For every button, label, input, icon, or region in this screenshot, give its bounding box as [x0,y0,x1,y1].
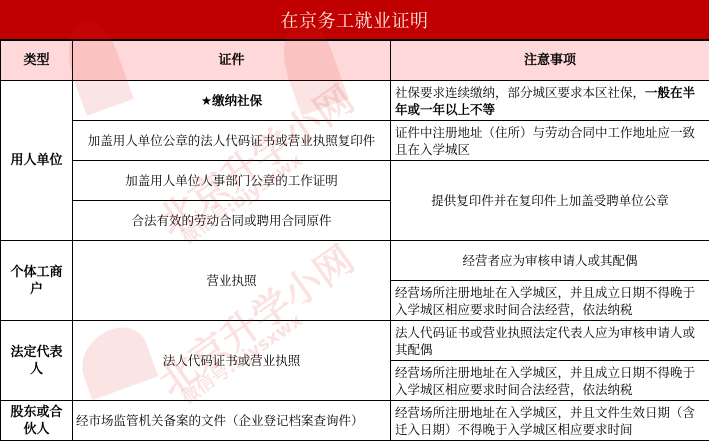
note-cell: 证件中注册地址（住所）与劳动合同中工作地址应一致且在入学城区 [391,121,709,161]
header-notes: 注意事项 [391,41,709,81]
page-title: 在京务工就业证明 [281,7,429,33]
title-bar: 在京务工就业证明 [0,0,709,40]
document-cell: 合法有效的劳动合同或聘用合同原件 [73,201,391,241]
document-cell: 经市场监管机关备案的文件（企业登记档案查询件） [73,401,391,441]
note-cell: 经营者应为审核申请人或其配偶 [391,241,709,281]
table-row: 个体工商户 营业执照 经营者应为审核申请人或其配偶 [1,241,709,281]
table-row: 用人单位 ★缴纳社保 社保要求连续缴纳，部分城区要求本区社保，一般在半年或一年以… [1,81,709,121]
table-row: 加盖用人单位人事部门公章的工作证明 提供复印件并在复印件上加盖受聘单位公章 [1,161,709,201]
type-legal-representative: 法定代表人 [1,321,73,401]
header-document: 证件 [73,41,391,81]
document-social-insurance: ★缴纳社保 [201,93,262,108]
note-cell: 经营场所注册地址在入学城区，并且文件生效日期（含迁入日期）不得晚于入学城区相应要… [391,401,709,441]
table-row: 法定代表人 法人代码证书或营业执照 法人代码证书或营业执照法定代表人应为审核申请… [1,321,709,361]
document-cell: 营业执照 [73,241,391,321]
note-cell: 经营场所注册地址在入学城区，并且成立日期不得晚于入学城区相应要求时间合法经营，依… [391,281,709,321]
table-row: 股东或合伙人 经市场监管机关备案的文件（企业登记档案查询件） 经营场所注册地址在… [1,401,709,441]
document-cell: 加盖用人单位人事部门公章的工作证明 [73,161,391,201]
employment-proof-table: 类型 证件 注意事项 用人单位 ★缴纳社保 社保要求连续缴纳，部分城区要求本区社… [0,40,709,441]
type-individual-business: 个体工商户 [1,241,73,321]
note-cell: 提供复印件并在复印件上加盖受聘单位公章 [391,161,709,241]
document-cell: 加盖用人单位公章的法人代码证书或营业执照复印件 [73,121,391,161]
table-row: 加盖用人单位公章的法人代码证书或营业执照复印件 证件中注册地址（住所）与劳动合同… [1,121,709,161]
note-cell: 社保要求连续缴纳，部分城区要求本区社保，一般在半年或一年以上不等 [391,81,709,121]
type-employer: 用人单位 [1,81,73,241]
note-plain: 社保要求连续缴纳，部分城区要求本区社保， [395,85,645,100]
note-cell: 经营场所注册地址在入学城区，并且成立日期不得晚于入学城区相应要求时间合法经营，依… [391,361,709,401]
document-cell: 法人代码证书或营业执照 [73,321,391,401]
header-row: 类型 证件 注意事项 [1,41,709,81]
type-shareholder-partner: 股东或合伙人 [1,401,73,441]
document-cell: ★缴纳社保 [73,81,391,121]
header-type: 类型 [1,41,73,81]
note-cell: 法人代码证书或营业执照法定代表人应为审核申请人或其配偶 [391,321,709,361]
